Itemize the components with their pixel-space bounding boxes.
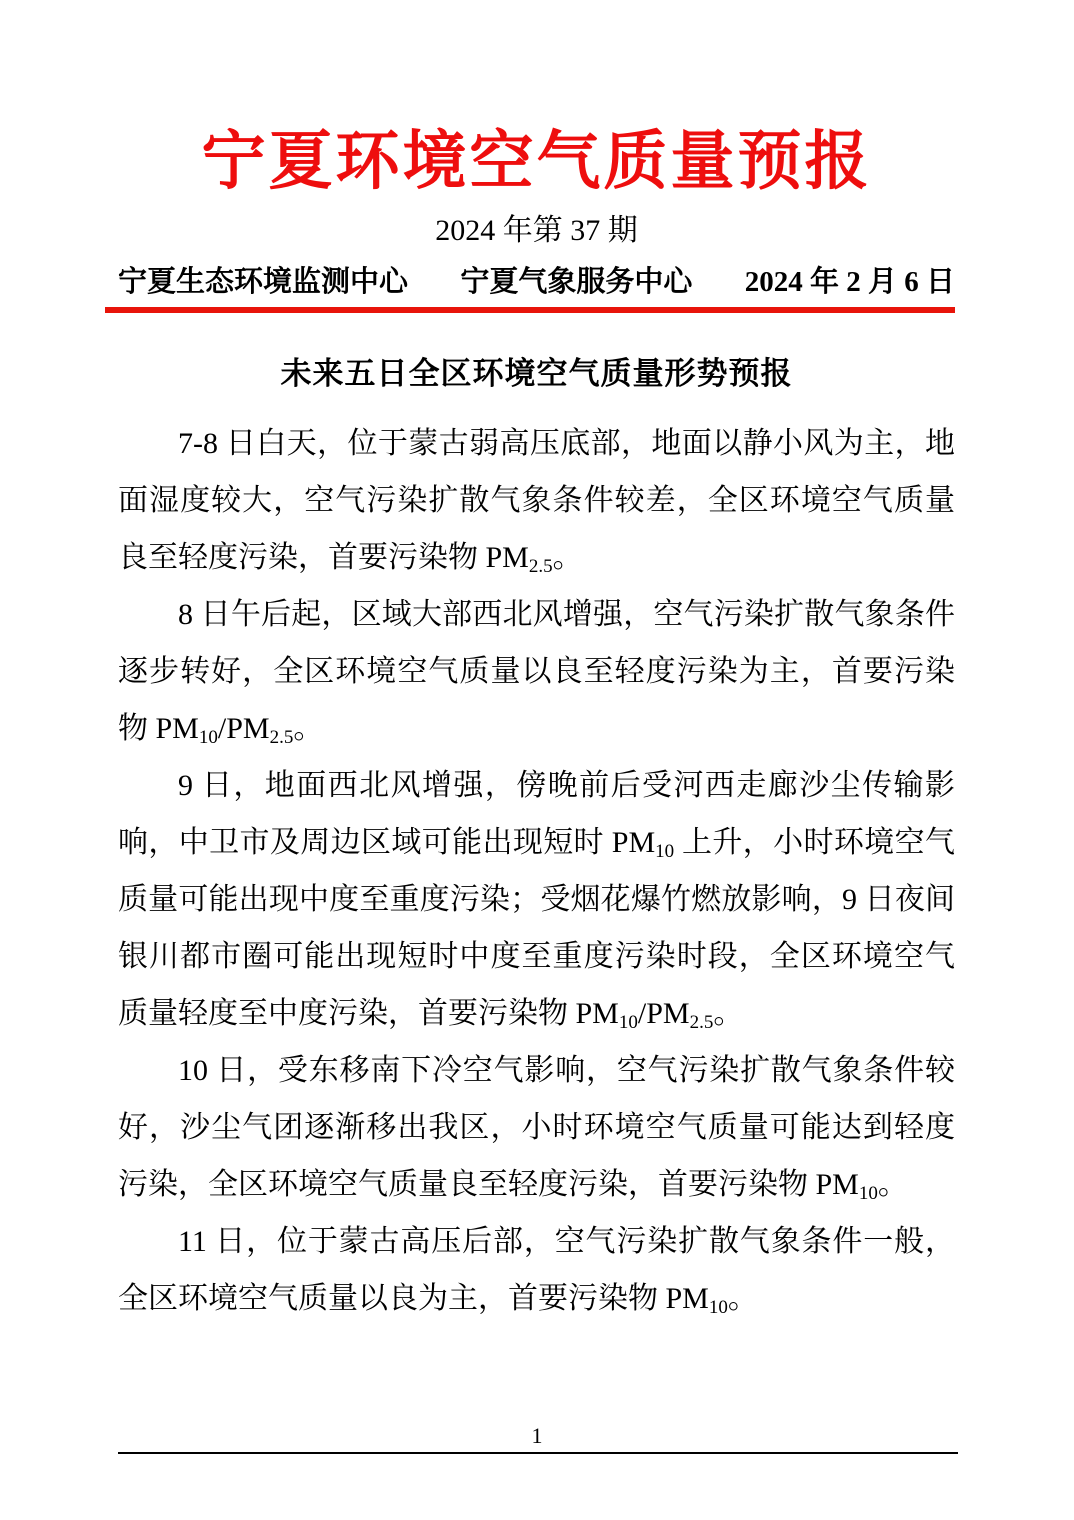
section-title: 未来五日全区环境空气质量形势预报	[118, 355, 955, 393]
paragraph: 8 日午后起，区域大部西北风增强，空气污染扩散气象条件逐步转好，全区环境空气质量…	[118, 586, 955, 757]
paragraph: 9 日，地面西北风增强，傍晚前后受河西走廊沙尘传输影响，中卫市及周边区域可能出现…	[118, 757, 955, 1042]
org-left: 宁夏生态环境监测中心	[118, 266, 408, 298]
issue-date: 2024 年 2 月 6 日	[745, 266, 955, 298]
footer-divider	[118, 1452, 958, 1454]
document-page: 宁夏环境空气质量预报 2024 年第 37 期 宁夏生态环境监测中心 宁夏气象服…	[0, 0, 1074, 1520]
page-number: 1	[0, 1422, 1074, 1450]
org-center: 宁夏气象服务中心	[460, 266, 692, 298]
paragraph: 7-8 日白天，位于蒙古弱高压底部，地面以静小风为主，地面湿度较大，空气污染扩散…	[118, 415, 955, 586]
issue-number: 2024 年第 37 期	[118, 214, 955, 248]
body-paragraphs: 7-8 日白天，位于蒙古弱高压底部，地面以静小风为主，地面湿度较大，空气污染扩散…	[118, 415, 955, 1327]
header-org-row: 宁夏生态环境监测中心 宁夏气象服务中心 2024 年 2 月 6 日	[118, 266, 955, 298]
page-title: 宁夏环境空气质量预报	[118, 0, 955, 202]
red-divider	[105, 307, 955, 313]
paragraph: 11 日，位于蒙古高压后部，空气污染扩散气象条件一般，全区环境空气质量以良为主，…	[118, 1213, 955, 1327]
paragraph: 10 日，受东移南下冷空气影响，空气污染扩散气象条件较好，沙尘气团逐渐移出我区，…	[118, 1042, 955, 1213]
